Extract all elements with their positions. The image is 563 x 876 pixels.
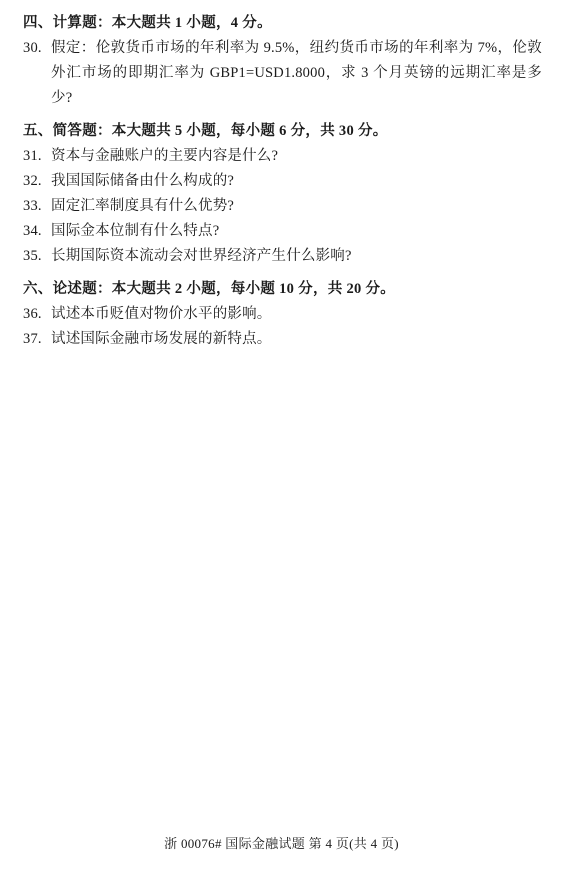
exam-paper-page: 四、计算题：本大题共 1 小题，4 分。 30. 假定：伦敦货币市场的年利率为 … — [0, 0, 563, 876]
section-calculation: 四、计算题：本大题共 1 小题，4 分。 30. 假定：伦敦货币市场的年利率为 … — [23, 11, 542, 111]
question-number: 34. — [23, 219, 51, 244]
question-text: 资本与金融账户的主要内容是什么? — [51, 144, 542, 169]
question-text: 假定：伦敦货币市场的年利率为 9.5%，纽约货币市场的年利率为 7%，伦敦外汇市… — [51, 36, 542, 111]
section-short-answer: 五、简答题：本大题共 5 小题，每小题 6 分，共 30 分。 31. 资本与金… — [23, 119, 542, 269]
question-row: 31. 资本与金融账户的主要内容是什么? — [23, 144, 542, 169]
question-row: 35. 长期国际资本流动会对世界经济产生什么影响? — [23, 244, 542, 269]
section-header: 四、计算题：本大题共 1 小题，4 分。 — [23, 11, 542, 36]
question-text: 长期国际资本流动会对世界经济产生什么影响? — [51, 244, 542, 269]
question-text: 国际金本位制有什么特点? — [51, 219, 542, 244]
question-number: 31. — [23, 144, 51, 169]
question-number: 30. — [23, 36, 51, 61]
question-number: 36. — [23, 302, 51, 327]
question-text: 固定汇率制度具有什么优势? — [51, 194, 542, 219]
question-number: 33. — [23, 194, 51, 219]
question-number: 32. — [23, 169, 51, 194]
question-row: 33. 固定汇率制度具有什么优势? — [23, 194, 542, 219]
section-header: 五、简答题：本大题共 5 小题，每小题 6 分，共 30 分。 — [23, 119, 542, 144]
question-text: 试述国际金融市场发展的新特点。 — [51, 327, 542, 352]
section-header: 六、论述题：本大题共 2 小题，每小题 10 分，共 20 分。 — [23, 277, 542, 302]
section-essay: 六、论述题：本大题共 2 小题，每小题 10 分，共 20 分。 36. 试述本… — [23, 277, 542, 352]
exam-content: 四、计算题：本大题共 1 小题，4 分。 30. 假定：伦敦货币市场的年利率为 … — [23, 11, 542, 352]
question-row: 36. 试述本币贬值对物价水平的影响。 — [23, 302, 542, 327]
question-row: 37. 试述国际金融市场发展的新特点。 — [23, 327, 542, 352]
question-number: 37. — [23, 327, 51, 352]
question-row: 30. 假定：伦敦货币市场的年利率为 9.5%，纽约货币市场的年利率为 7%，伦… — [23, 36, 542, 111]
question-row: 34. 国际金本位制有什么特点? — [23, 219, 542, 244]
question-text: 我国国际储备由什么构成的? — [51, 169, 542, 194]
question-text: 试述本币贬值对物价水平的影响。 — [51, 302, 542, 327]
page-footer: 浙 00076# 国际金融试题 第 4 页(共 4 页) — [0, 836, 563, 852]
question-row: 32. 我国国际储备由什么构成的? — [23, 169, 542, 194]
footer-page-label: 浙 00076# 国际金融试题 第 4 页(共 4 页) — [164, 836, 399, 851]
question-number: 35. — [23, 244, 51, 269]
